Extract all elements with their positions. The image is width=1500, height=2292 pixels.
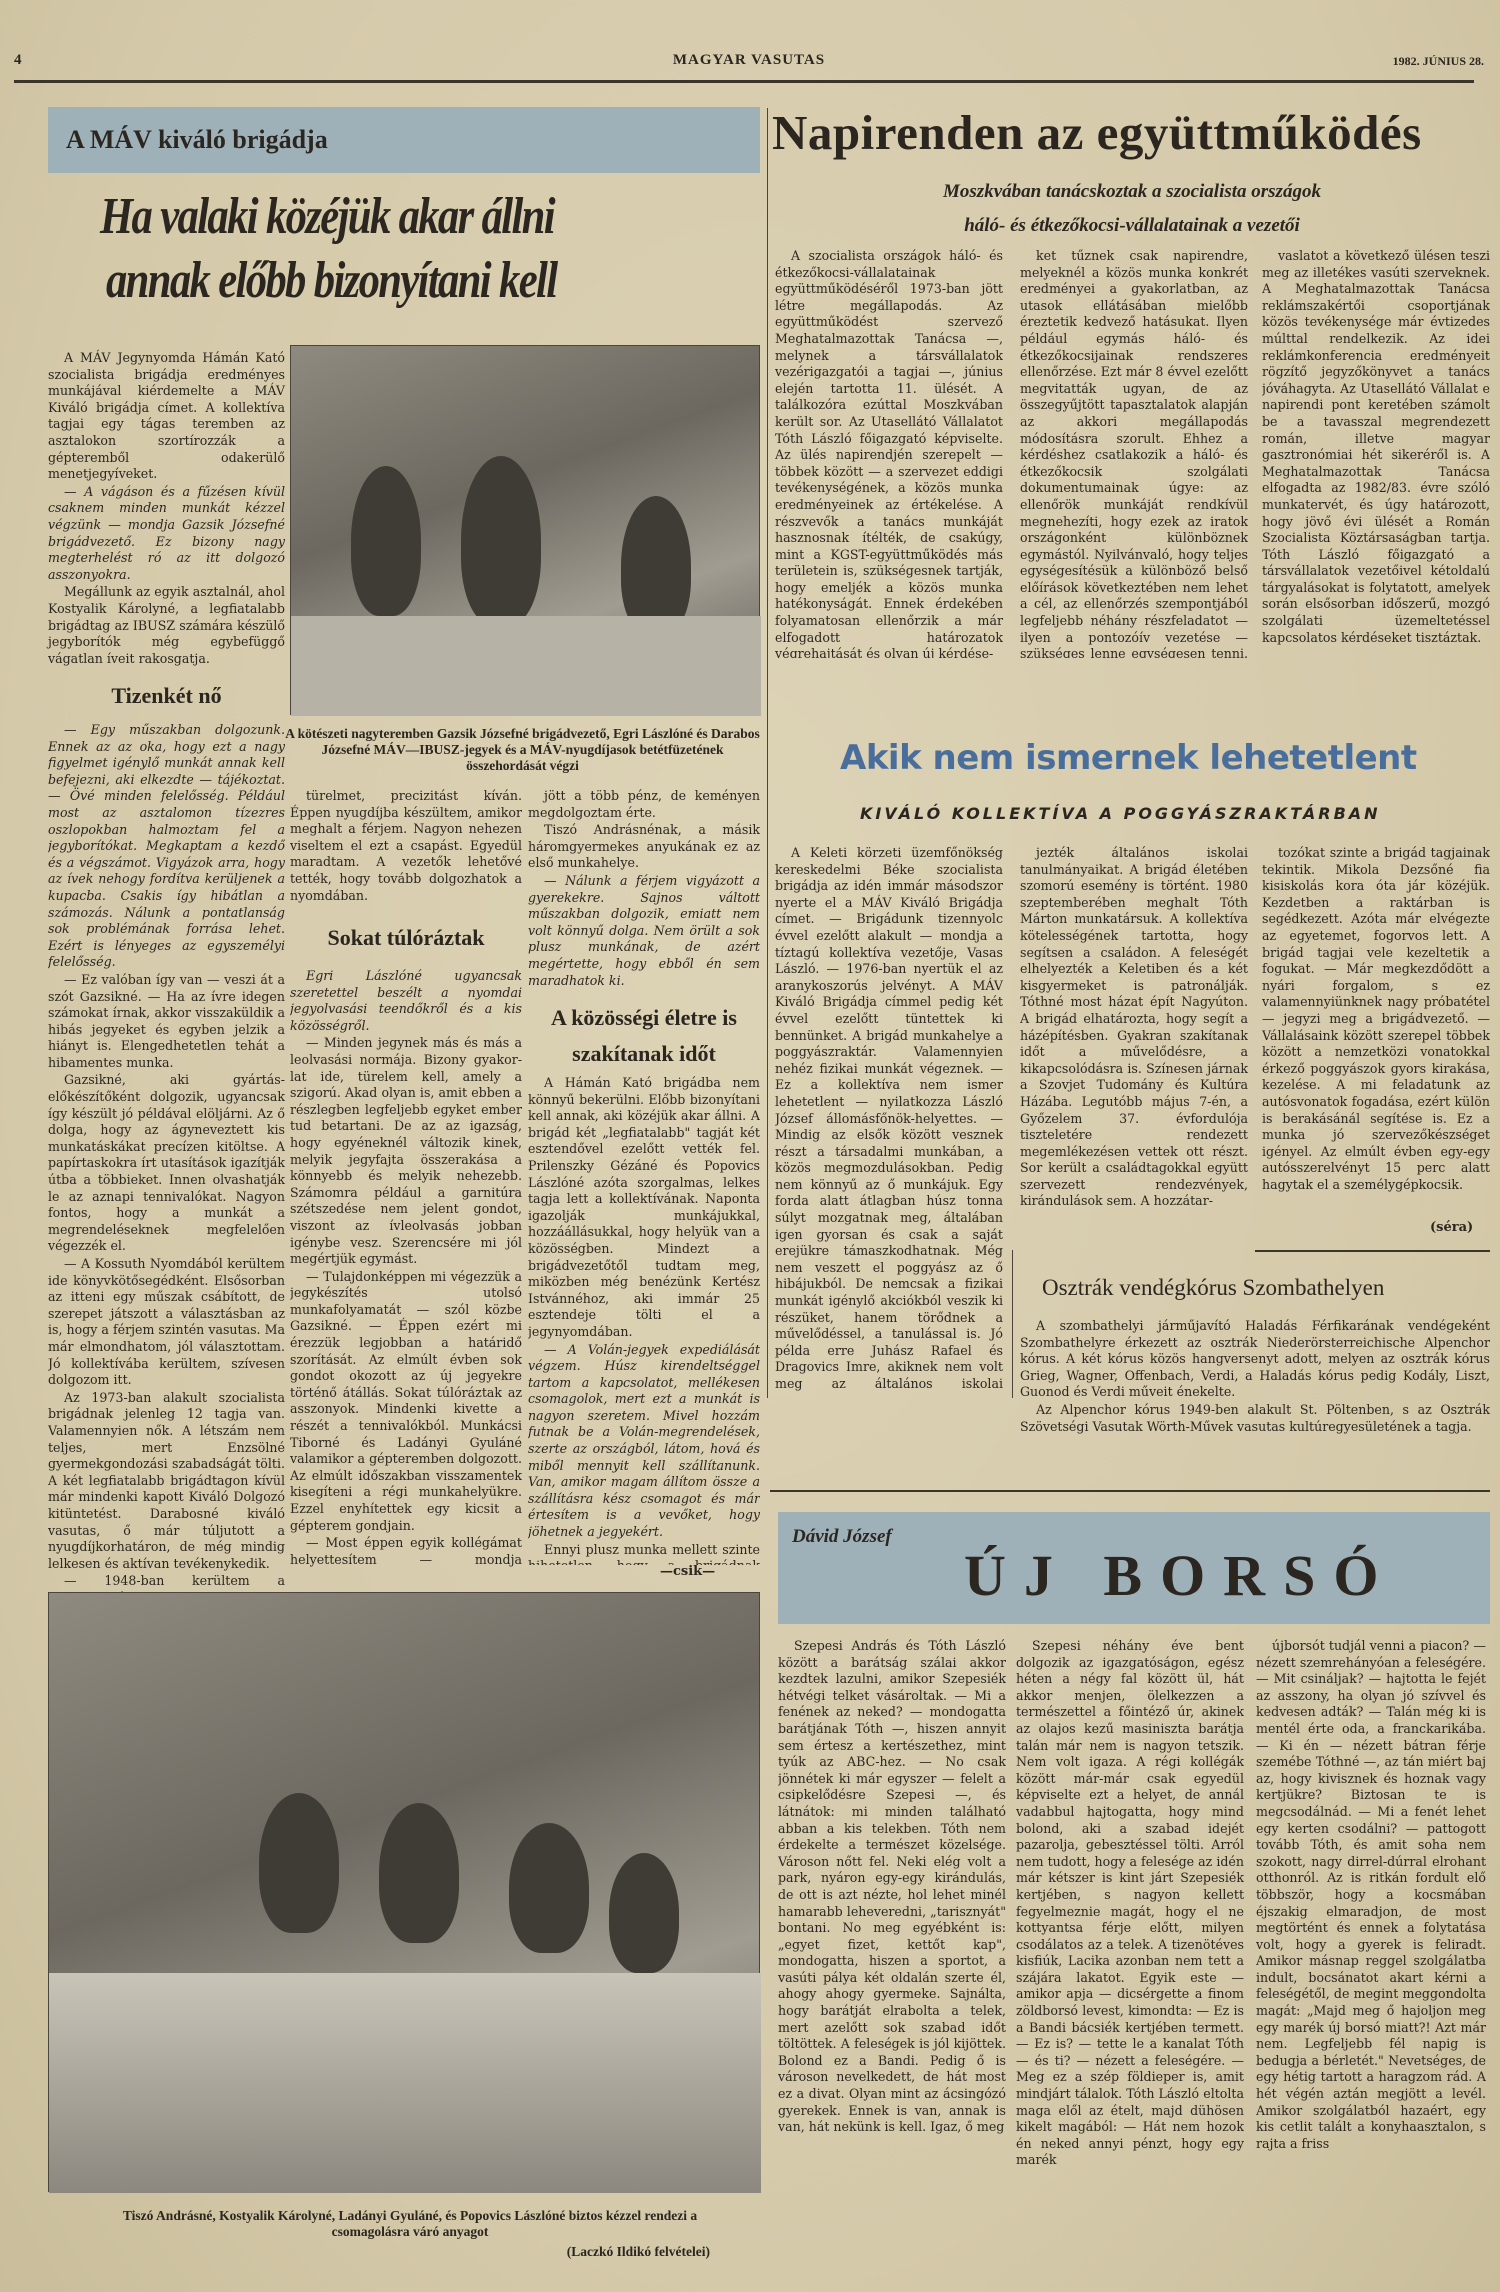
paragraph: A Keleti körzeti üzemfőnökség kereskedel…	[775, 845, 1003, 1393]
headline-uj-borso: ÚJ BORSÓ	[964, 1542, 1396, 1609]
newspaper-page: 4 MAGYAR VASUTAS 1982. JÚNIUS 28. A MÁV …	[0, 0, 1500, 2292]
paragraph: — Minden jegynek más és más a leolvasási…	[290, 1035, 522, 1267]
paragraph: jött a több pénz, de keményen megdolgozt…	[528, 788, 760, 821]
paragraph: Ennyi plusz munka mellett szinte hihetet…	[528, 1542, 760, 1565]
paper-title: MAGYAR VASUTAS	[14, 52, 1484, 69]
paragraph: A szombathelyi járműjavító Haladás Férfi…	[1020, 1318, 1490, 1401]
paragraph: Az 1973-ban alakult szocialista brigádna…	[48, 1390, 285, 1573]
photo-paper-stacks	[49, 1973, 761, 2193]
photo-credit: (Laczkó Ildikó felvételei)	[510, 2244, 710, 2260]
paragraph: újborsót tudjál venni a piacon? — nézett…	[1256, 1638, 1486, 2152]
photo-figure	[351, 466, 421, 616]
cooperation-col-1: A szocialista országok háló- és étkezőko…	[775, 248, 1003, 658]
paragraph: — Nálunk a férjem vigyázott a gyerekekre…	[528, 873, 760, 989]
author-name: Dávid József	[792, 1526, 892, 1548]
paragraph: Gazsikné, aki gyártás-előkészítőként dol…	[48, 1072, 285, 1255]
kicker-band: A MÁV kiváló brigádja	[48, 107, 760, 173]
brigade-column-3: jött a több pénz, de keményen megdolgozt…	[528, 788, 760, 1003]
byline-sera: (séra)	[1430, 1220, 1473, 1235]
subhead-tizenket-no: Tizenkét nő	[48, 683, 285, 709]
subheadline-cooperation: Moszkvában tanácskoztak a szocialista or…	[772, 175, 1492, 243]
paragraph: Egri Lászlóné ugyancsak szeretettel besz…	[290, 968, 522, 1034]
section-rule	[770, 1490, 1490, 1492]
paragraph: Az Alpenchor kórus 1949-ben alakult St. …	[1020, 1402, 1490, 1435]
subheadline-line-2: háló- és étkezőkocsi-vállalatainak a vez…	[772, 209, 1492, 243]
uj-borso-band: Dávid József ÚJ BORSÓ	[778, 1512, 1490, 1624]
kicker-text: A MÁV kiváló brigádja	[66, 125, 328, 155]
paragraph: — Egy műszakban dolgozunk. Ennek az az o…	[48, 722, 285, 971]
subhead-kozossegi-elet: A közösségi életre is szakítanak időt	[528, 1000, 760, 1072]
photo1-caption: A kötészeti nagyteremben Gazsik Józsefné…	[285, 726, 760, 774]
photo-figure	[621, 496, 691, 636]
cooperation-col-3: vaslatot a következő ülésen teszi meg az…	[1262, 248, 1490, 658]
paragraph: ket tűznek csak napirendre, melyeknél a …	[1020, 248, 1248, 658]
peas-col-2: Szepesi néhány éve bent dolgozik az igaz…	[1016, 1638, 1244, 2278]
headline-choir: Osztrák vendégkórus Szombathelyen	[1042, 1275, 1384, 1301]
column-divider	[767, 108, 768, 1398]
luggage-col-2: jezték általános iskolai tanulmányaikat.…	[1020, 845, 1248, 1245]
paragraph: A Hámán Kató brigádba nem könnyű bekerül…	[528, 1075, 760, 1341]
photo2-caption: Tiszó Andrásné, Kostyalik Károlyné, Ladá…	[90, 2208, 730, 2240]
photo-figure	[259, 1793, 339, 1933]
photo-figure	[379, 1803, 459, 1943]
byline-csik: —csik—	[660, 1564, 715, 1579]
photo-bindery-hall	[290, 345, 760, 715]
paragraph: Szepesi András és Tóth László között a b…	[778, 1638, 1006, 2136]
paragraph: — Ez valóban így van — veszi át a szót G…	[48, 972, 285, 1072]
paragraph: Szepesi néhány éve bent dolgozik az igaz…	[1016, 1638, 1244, 2169]
intro-paragraph: A MÁV Jegynyomda Hámán Kató szocialista …	[48, 350, 285, 483]
subhead-line-2: szakítanak időt	[528, 1036, 760, 1072]
photo-packing-room	[48, 1592, 760, 2192]
paragraph: — A Kossuth Nyomdából kerültem ide könyv…	[48, 1256, 285, 1389]
brigade-intro: A MÁV Jegynyomda Hámán Kató szocialista …	[48, 350, 285, 668]
subheadline-line-1: Moszkvában tanácskoztak a szocialista or…	[772, 175, 1492, 209]
headline-luggage: Akik nem ismernek lehetetlent	[840, 738, 1417, 778]
peas-col-1: Szepesi András és Tóth László között a b…	[778, 1638, 1006, 2278]
paragraph: vaslatot a következő ülésen teszi meg az…	[1262, 248, 1490, 646]
photo-figure	[461, 456, 541, 626]
subheadline-luggage: KIVÁLÓ KOLLEKTÍVA A POGGYÁSZRAKTÁRBAN	[860, 804, 1381, 823]
luggage-divider	[1012, 1250, 1013, 1398]
photo-figure	[509, 1823, 589, 1953]
paragraph: A szocialista országok háló- és étkezőko…	[775, 248, 1003, 658]
intro-paragraph: Megállunk az egyik asztalnál, ahol Kosty…	[48, 584, 285, 667]
choir-body: A szombathelyi járműjavító Haladás Férfi…	[1020, 1318, 1490, 1436]
photo-figure	[609, 1853, 679, 1973]
paragraph: tozókat szinte a brigád tagjainak tekint…	[1262, 845, 1490, 1193]
intro-paragraph: — A vágáson és a fűzésen kívül csaknem m…	[48, 484, 285, 584]
paragraph: — Tulajdonképpen mi végezzük a jegykészí…	[290, 1269, 522, 1535]
photo-table	[291, 616, 761, 716]
paragraph: — Most éppen egyik kollégámat helyettesí…	[290, 1535, 522, 1568]
headline-line-1: Ha valaki közéjük akar állni	[100, 185, 723, 249]
subhead-line-1: A közösségi életre is	[528, 1000, 760, 1036]
cooperation-col-2: ket tűznek csak napirendre, melyeknél a …	[1020, 248, 1248, 658]
masthead: 4 MAGYAR VASUTAS 1982. JÚNIUS 28.	[14, 52, 1484, 72]
paragraph: — A Volán-jegyek expediálását végzem. Hú…	[528, 1342, 760, 1541]
headline-cooperation: Napirenden az együttműködés	[772, 104, 1492, 161]
issue-date: 1982. JÚNIUS 28.	[1393, 54, 1484, 69]
paragraph: jezték általános iskolai tanulmányaikat.…	[1020, 845, 1248, 1210]
brigade-column-2b: Egri Lászlóné ugyancsak szeretettel besz…	[290, 968, 522, 1568]
luggage-rule	[1255, 1250, 1490, 1252]
luggage-col-3: tozókat szinte a brigád tagjainak tekint…	[1262, 845, 1490, 1235]
headline-brigade: Ha valaki közéjük akar állni annak előbb…	[100, 185, 720, 313]
masthead-rule	[14, 80, 1474, 83]
headline-line-2: annak előbb bizonyítani kell	[106, 249, 729, 313]
luggage-col-1: A Keleti körzeti üzemfőnökség kereskedel…	[775, 845, 1003, 1393]
subhead-sokat-tuloraztak: Sokat túlóráztak	[290, 925, 522, 951]
peas-col-3: újborsót tudjál venni a piacon? — nézett…	[1256, 1638, 1486, 2278]
paragraph: türelmet, precizitást kíván. Éppen nyugd…	[290, 788, 522, 904]
paragraph: Tiszó Andrásnénak, a másik háromgyermeke…	[528, 822, 760, 872]
brigade-column-3b: A Hámán Kató brigádba nem könnyű bekerül…	[528, 1075, 760, 1565]
